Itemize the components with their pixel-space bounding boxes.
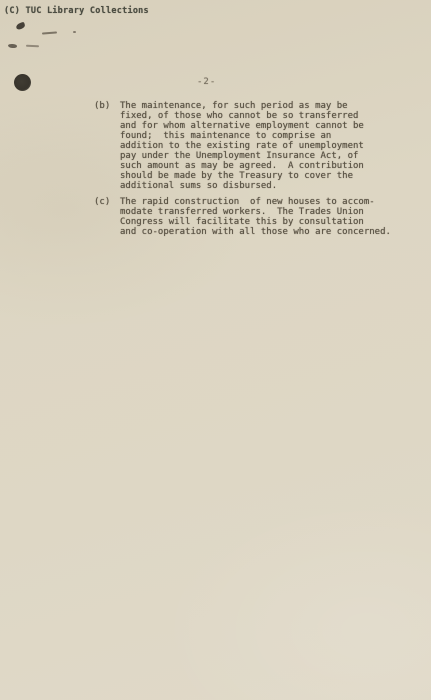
ink-smudge — [42, 31, 57, 34]
paragraph-b-label: (b) — [94, 101, 120, 111]
paragraph-b: (b) The maintenance, for such period as … — [94, 101, 364, 191]
ink-smudge — [26, 45, 39, 47]
scanned-document-page: (C) TUC Library Collections -2- (b) The … — [0, 0, 431, 700]
paragraph-c: (c) The rapid construction of new houses… — [94, 197, 391, 237]
page-number: -2- — [197, 77, 216, 87]
paragraph-c-text: The rapid construction of new houses to … — [120, 197, 391, 237]
ink-smudge — [8, 44, 17, 49]
paragraph-b-text: The maintenance, for such period as may … — [120, 101, 364, 191]
ink-smudge — [15, 22, 25, 30]
ink-smudge — [73, 31, 76, 33]
paragraph-c-label: (c) — [94, 197, 120, 207]
punch-hole-dot — [14, 74, 31, 91]
library-watermark: (C) TUC Library Collections — [4, 6, 149, 16]
